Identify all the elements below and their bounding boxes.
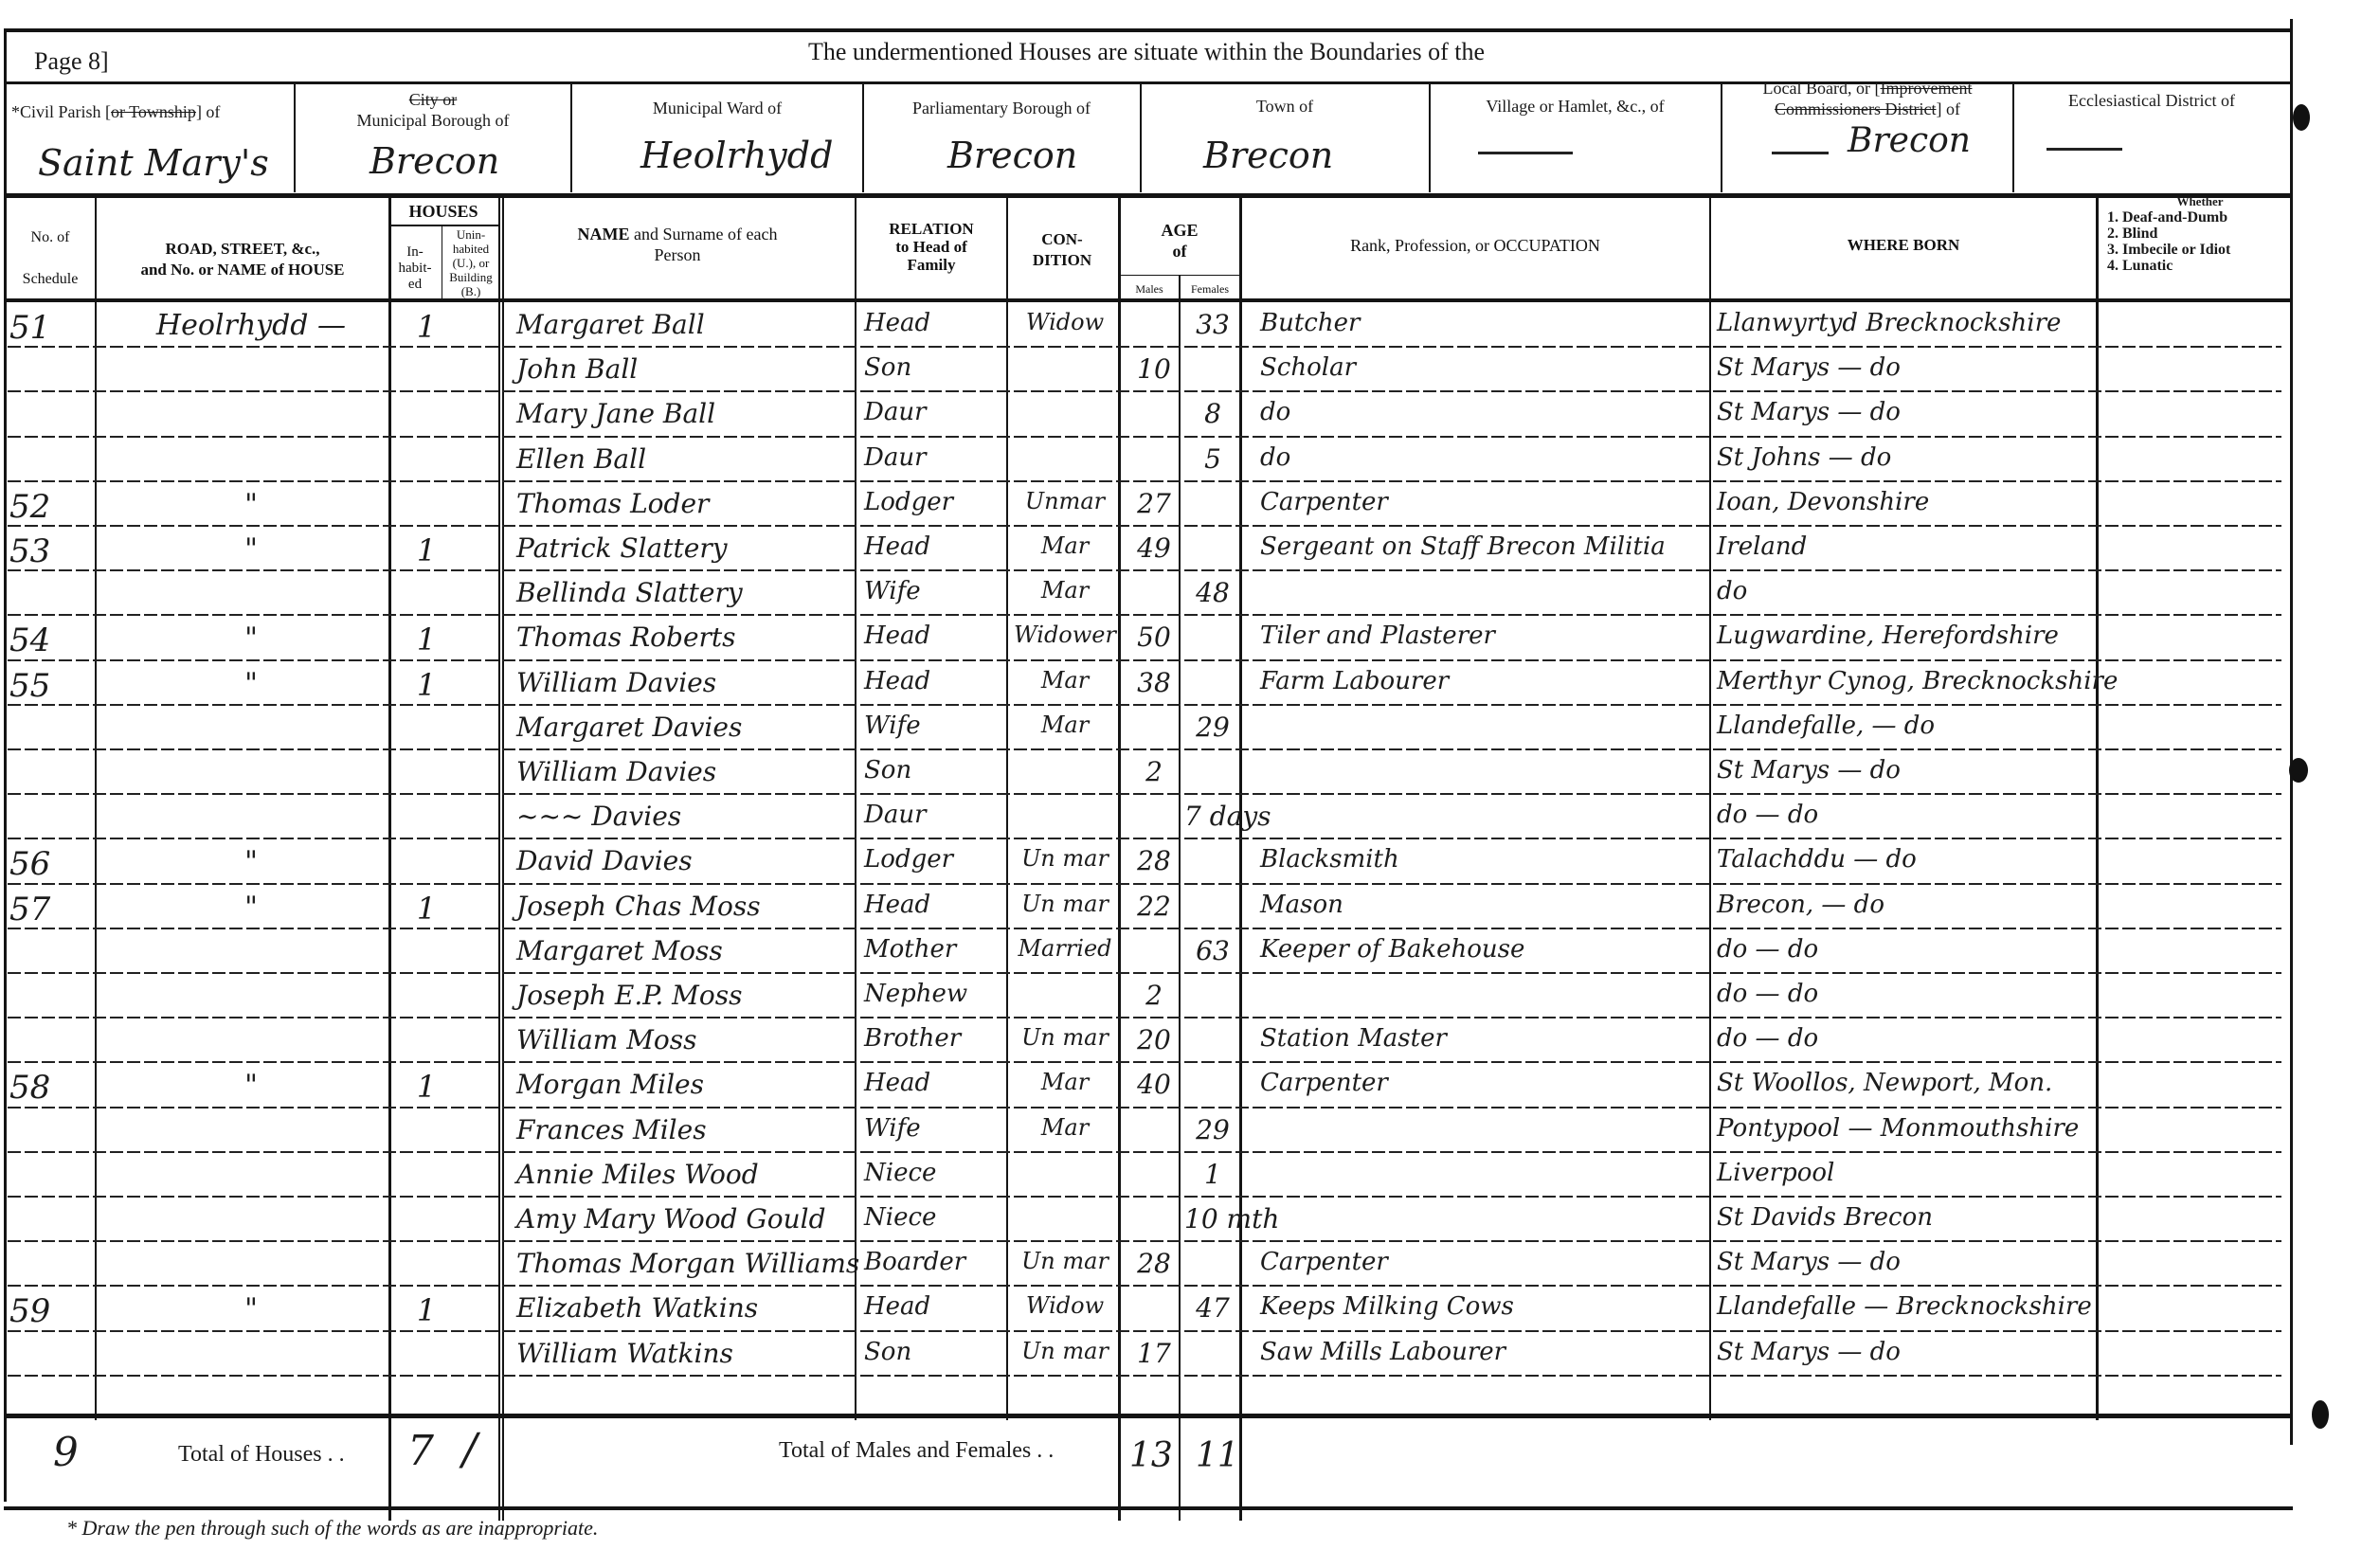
road-name: " — [123, 1292, 379, 1325]
condition: Un mar — [1012, 1024, 1118, 1051]
relation: Daur — [864, 398, 1006, 426]
person-name: Elizabeth Watkins — [516, 1292, 857, 1324]
relation: Daur — [864, 801, 1006, 829]
total-persons-label: Total of Males and Females . . — [779, 1438, 1054, 1464]
age-male: 2 — [1127, 980, 1181, 1011]
occupation: Saw Mills Labourer — [1260, 1338, 1705, 1366]
condition: Unmar — [1012, 488, 1118, 514]
relation: Wife — [864, 577, 1006, 605]
where-born: St Woollos, Newport, Mon. — [1717, 1069, 2096, 1097]
age-female: 1 — [1184, 1159, 1241, 1190]
schedule-number: 57 — [9, 891, 95, 928]
condition: Mar — [1012, 712, 1118, 738]
town-label: Town of — [1142, 97, 1428, 117]
person-name: William Davies — [516, 667, 857, 698]
age-male: 28 — [1127, 845, 1181, 876]
person-name: Margaret Davies — [516, 712, 857, 743]
where-born: Llandefalle, — do — [1717, 712, 2096, 740]
total-inhabited: 7 — [407, 1427, 434, 1475]
road-name: " — [123, 488, 379, 521]
age-female: 5 — [1184, 443, 1241, 475]
where-born: St Johns — do — [1717, 443, 2096, 472]
condition: Widow — [1012, 309, 1118, 335]
row-rule — [8, 748, 2281, 750]
row-rule — [8, 793, 2281, 795]
row-rule — [8, 704, 2281, 706]
condition: Mar — [1012, 1069, 1118, 1095]
municipal-borough-label: City orMunicipal Borough of — [296, 89, 570, 131]
occupation: Scholar — [1260, 353, 1705, 382]
col-females: Females — [1181, 279, 1239, 299]
person-name: ~~~ Davies — [516, 801, 857, 832]
boundary-divider — [4, 193, 2293, 198]
condition: Un mar — [1012, 1338, 1118, 1364]
relation: Wife — [864, 712, 1006, 740]
row-rule — [8, 972, 2281, 974]
road-name: " — [123, 622, 379, 655]
relation: Head — [864, 667, 1006, 695]
col-inhabited: In-habit-ed — [390, 244, 440, 293]
where-born: Brecon, — do — [1717, 891, 2096, 919]
person-name: Annie Miles Wood — [516, 1159, 857, 1190]
ecclesiastical-label: Ecclesiastical District of — [2014, 91, 2289, 111]
relation: Wife — [864, 1114, 1006, 1143]
person-name: Ellen Ball — [516, 443, 857, 475]
where-born: do — do — [1717, 801, 2096, 829]
condition: Married — [1012, 935, 1118, 962]
parliamentary-borough-label: Parliamentary Borough of — [864, 99, 1139, 118]
person-name: Frances Miles — [516, 1114, 857, 1145]
where-born: do — do — [1717, 1024, 2096, 1053]
occupation: Keeps Milking Cows — [1260, 1292, 1705, 1321]
condition: Mar — [1012, 532, 1118, 559]
age-male: 2 — [1127, 756, 1181, 787]
person-name: William Davies — [516, 756, 857, 787]
total-houses-label: Total of Houses . . — [178, 1442, 345, 1468]
inhabited-count: 1 — [407, 532, 445, 568]
inhabited-count: 1 — [407, 1069, 445, 1105]
occupation: Station Master — [1260, 1024, 1705, 1053]
schedule-number: 51 — [9, 309, 95, 347]
row-rule — [8, 525, 2281, 527]
relation: Nephew — [864, 980, 1006, 1008]
road-name: " — [123, 1069, 379, 1102]
occupation: Sergeant on Staff Brecon Militia — [1260, 532, 1705, 561]
road-name: Heolrhydd — — [123, 309, 379, 342]
relation: Son — [864, 1338, 1006, 1366]
occupation: Mason — [1260, 891, 1705, 919]
where-born: Talachddu — do — [1717, 845, 2096, 874]
where-born: St Marys — do — [1717, 1338, 2096, 1366]
municipal-borough-value: Brecon — [370, 140, 499, 182]
age-male: 28 — [1127, 1248, 1181, 1279]
person-name: Margaret Moss — [516, 935, 857, 966]
parliamentary-borough-value: Brecon — [947, 135, 1077, 176]
where-born: St Davids Brecon — [1717, 1203, 2096, 1232]
age-male: 40 — [1127, 1069, 1181, 1100]
row-rule — [8, 928, 2281, 929]
person-name: Thomas Roberts — [516, 622, 857, 653]
where-born: Pontypool — Monmouthshire — [1717, 1114, 2096, 1143]
ecclesiastical-value-dash — [2046, 148, 2122, 151]
where-born: St Marys — do — [1717, 1248, 2096, 1276]
totals-divider-bottom — [4, 1506, 2293, 1510]
person-name: Margaret Ball — [516, 309, 857, 340]
inhabited-count: 1 — [407, 667, 445, 703]
occupation: Carpenter — [1260, 488, 1705, 516]
col-occupation: Rank, Profession, or OCCUPATION — [1241, 235, 1709, 256]
age-female: 48 — [1184, 577, 1241, 608]
row-rule — [8, 1196, 2281, 1198]
row-rule — [8, 1285, 2281, 1287]
row-rule — [8, 1151, 2281, 1153]
occupation: Keeper of Bakehouse — [1260, 935, 1705, 964]
total-schedules: 9 — [53, 1429, 79, 1475]
inhabited-count: 1 — [407, 891, 445, 927]
col-whether: Whether 1. Deaf-and-Dumb 2. Blind 3. Imb… — [2107, 193, 2293, 274]
local-board-label: Local Board, or [ImprovementCommissioner… — [1722, 78, 2012, 119]
relation: Brother — [864, 1024, 1006, 1053]
age-male: 27 — [1127, 488, 1181, 519]
inhabited-count: 1 — [407, 309, 445, 345]
person-name: Patrick Slattery — [516, 532, 857, 564]
row-rule — [8, 480, 2281, 482]
relation: Head — [864, 891, 1006, 919]
town-value: Brecon — [1203, 135, 1333, 176]
total-uninhabited: / — [462, 1423, 478, 1474]
age-male: 49 — [1127, 532, 1181, 564]
page-title: The undermentioned Houses are situate wi… — [606, 38, 1686, 66]
schedule-number: 53 — [9, 532, 95, 570]
where-born: Ioan, Devonshire — [1717, 488, 2096, 516]
where-born: Lugwardine, Herefordshire — [1717, 622, 2096, 650]
header-divider — [4, 298, 2293, 302]
row-rule — [8, 390, 2281, 392]
age-male: 20 — [1127, 1024, 1181, 1055]
row-rule — [8, 346, 2281, 348]
person-name: Thomas Morgan Williams — [516, 1248, 857, 1279]
row-rule — [8, 883, 2281, 885]
relation: Lodger — [864, 488, 1006, 516]
inhabited-count: 1 — [407, 1292, 445, 1328]
row-rule — [8, 838, 2281, 839]
occupation: Carpenter — [1260, 1069, 1705, 1097]
col-condition: CON-DITION — [1006, 229, 1118, 271]
condition: Widow — [1012, 1292, 1118, 1319]
person-name: William Watkins — [516, 1338, 857, 1369]
age-female: 10 mth — [1184, 1203, 1241, 1235]
road-name: " — [123, 891, 379, 924]
row-rule — [8, 614, 2281, 616]
age-female: 33 — [1184, 309, 1241, 340]
where-born: St Marys — do — [1717, 756, 2096, 784]
condition: Mar — [1012, 577, 1118, 604]
page-number: Page 8] — [34, 47, 109, 76]
road-name: " — [123, 845, 379, 878]
totals-divider-top — [4, 1414, 2293, 1418]
inhabited-count: 1 — [407, 622, 445, 658]
person-name: John Ball — [516, 353, 857, 385]
condition: Mar — [1012, 1114, 1118, 1141]
occupation: Butcher — [1260, 309, 1705, 337]
col-uninhabited: Unin-habited(U.), orBuilding(B.) — [442, 227, 500, 298]
col-relation: RELATIONto Head ofFamily — [856, 220, 1006, 274]
age-female: 8 — [1184, 398, 1241, 429]
occupation: Blacksmith — [1260, 845, 1705, 874]
person-name: Joseph E.P. Moss — [516, 980, 857, 1011]
municipal-ward-value: Heolrhydd — [640, 135, 833, 176]
ink-blot — [2312, 1400, 2329, 1429]
age-male: 10 — [1127, 353, 1181, 385]
where-born: Llanwyrtyd Brecknockshire — [1717, 309, 2096, 337]
occupation: Tiler and Plasterer — [1260, 622, 1705, 650]
age-male: 50 — [1127, 622, 1181, 653]
civil-parish-label: *Civil Parish [or Township] of — [11, 102, 292, 122]
relation: Mother — [864, 935, 1006, 964]
age-male: 22 — [1127, 891, 1181, 922]
person-name: William Moss — [516, 1024, 857, 1055]
road-name: " — [123, 667, 379, 700]
relation: Son — [864, 353, 1006, 382]
age-female: 29 — [1184, 712, 1241, 743]
where-born: St Marys — do — [1717, 353, 2096, 382]
row-rule — [8, 1330, 2281, 1332]
municipal-ward-label: Municipal Ward of — [580, 99, 855, 118]
relation: Niece — [864, 1203, 1006, 1232]
condition: Widower — [1012, 622, 1118, 648]
row-rule — [8, 1375, 2281, 1377]
occupation: do — [1260, 443, 1705, 472]
footnote: * Draw the pen through such of the words… — [66, 1516, 598, 1541]
schedule-number: 52 — [9, 488, 95, 526]
frame-top — [4, 28, 2293, 32]
total-males: 13 — [1129, 1436, 1173, 1475]
age-female: 63 — [1184, 935, 1241, 966]
row-rule — [8, 1017, 2281, 1018]
relation: Lodger — [864, 845, 1006, 874]
age-male: 38 — [1127, 667, 1181, 698]
relation: Head — [864, 622, 1006, 650]
person-name: David Davies — [516, 845, 857, 876]
age-female: 47 — [1184, 1292, 1241, 1324]
schedule-number: 56 — [9, 845, 95, 883]
where-born: Llandefalle — Brecknockshire — [1717, 1292, 2096, 1321]
relation: Head — [864, 1292, 1006, 1321]
civil-parish-value: Saint Mary's — [38, 142, 269, 184]
condition: Un mar — [1012, 891, 1118, 917]
person-name: Mary Jane Ball — [516, 398, 857, 429]
ink-blot — [2289, 758, 2308, 783]
relation: Head — [864, 309, 1006, 337]
schedule-number: 55 — [9, 667, 95, 705]
where-born: do — do — [1717, 980, 2096, 1008]
col-where-born: WHERE BORN — [1711, 235, 2096, 256]
occupation: do — [1260, 398, 1705, 426]
relation: Head — [864, 1069, 1006, 1097]
schedule-number: 54 — [9, 622, 95, 659]
col-age: AGEof — [1120, 220, 1239, 261]
relation: Boarder — [864, 1248, 1006, 1276]
frame-left — [4, 28, 7, 1502]
schedule-number: 59 — [9, 1292, 95, 1330]
condition: Mar — [1012, 667, 1118, 694]
village-label: Village or Hamlet, &c., of — [1431, 97, 1720, 117]
age-female: 29 — [1184, 1114, 1241, 1145]
village-value-dash — [1478, 152, 1573, 154]
where-born: Merthyr Cynog, Brecknockshire — [1717, 667, 2096, 695]
row-rule — [8, 1107, 2281, 1108]
where-born: St Marys — do — [1717, 398, 2096, 426]
row-rule — [8, 1240, 2281, 1242]
row-rule — [8, 659, 2281, 661]
local-board-value: Brecon — [1848, 121, 1971, 160]
row-rule — [8, 436, 2281, 438]
person-name: Morgan Miles — [516, 1069, 857, 1100]
col-males: Males — [1120, 279, 1179, 299]
col-name: NAME and Surname of eachPerson — [502, 224, 853, 265]
person-name: Thomas Loder — [516, 488, 857, 519]
age-female: 7 days — [1184, 801, 1241, 832]
col-schedule: No. ofSchedule — [8, 227, 93, 290]
where-born: Liverpool — [1717, 1159, 2096, 1187]
where-born: do — [1717, 577, 2096, 605]
condition: Un mar — [1012, 1248, 1118, 1274]
age-male: 17 — [1127, 1338, 1181, 1369]
schedule-number: 58 — [9, 1069, 95, 1107]
person-name: Amy Mary Wood Gould — [516, 1203, 857, 1235]
row-rule — [8, 569, 2281, 571]
row-rule — [8, 1061, 2281, 1063]
road-name: " — [123, 532, 379, 566]
col-houses: HOUSES — [390, 201, 496, 222]
total-females: 11 — [1196, 1436, 1239, 1475]
relation: Son — [864, 756, 1006, 784]
local-board-dash — [1772, 152, 1829, 154]
person-name: Bellinda Slattery — [516, 577, 857, 608]
ink-blot — [2293, 104, 2310, 131]
where-born: Ireland — [1717, 532, 2096, 561]
occupation: Farm Labourer — [1260, 667, 1705, 695]
person-name: Joseph Chas Moss — [516, 891, 857, 922]
relation: Head — [864, 532, 1006, 561]
occupation: Carpenter — [1260, 1248, 1705, 1276]
condition: Un mar — [1012, 845, 1118, 872]
relation: Niece — [864, 1159, 1006, 1187]
col-road: ROAD, STREET, &c.,and No. or NAME of HOU… — [97, 239, 388, 280]
where-born: do — do — [1717, 935, 2096, 964]
relation: Daur — [864, 443, 1006, 472]
